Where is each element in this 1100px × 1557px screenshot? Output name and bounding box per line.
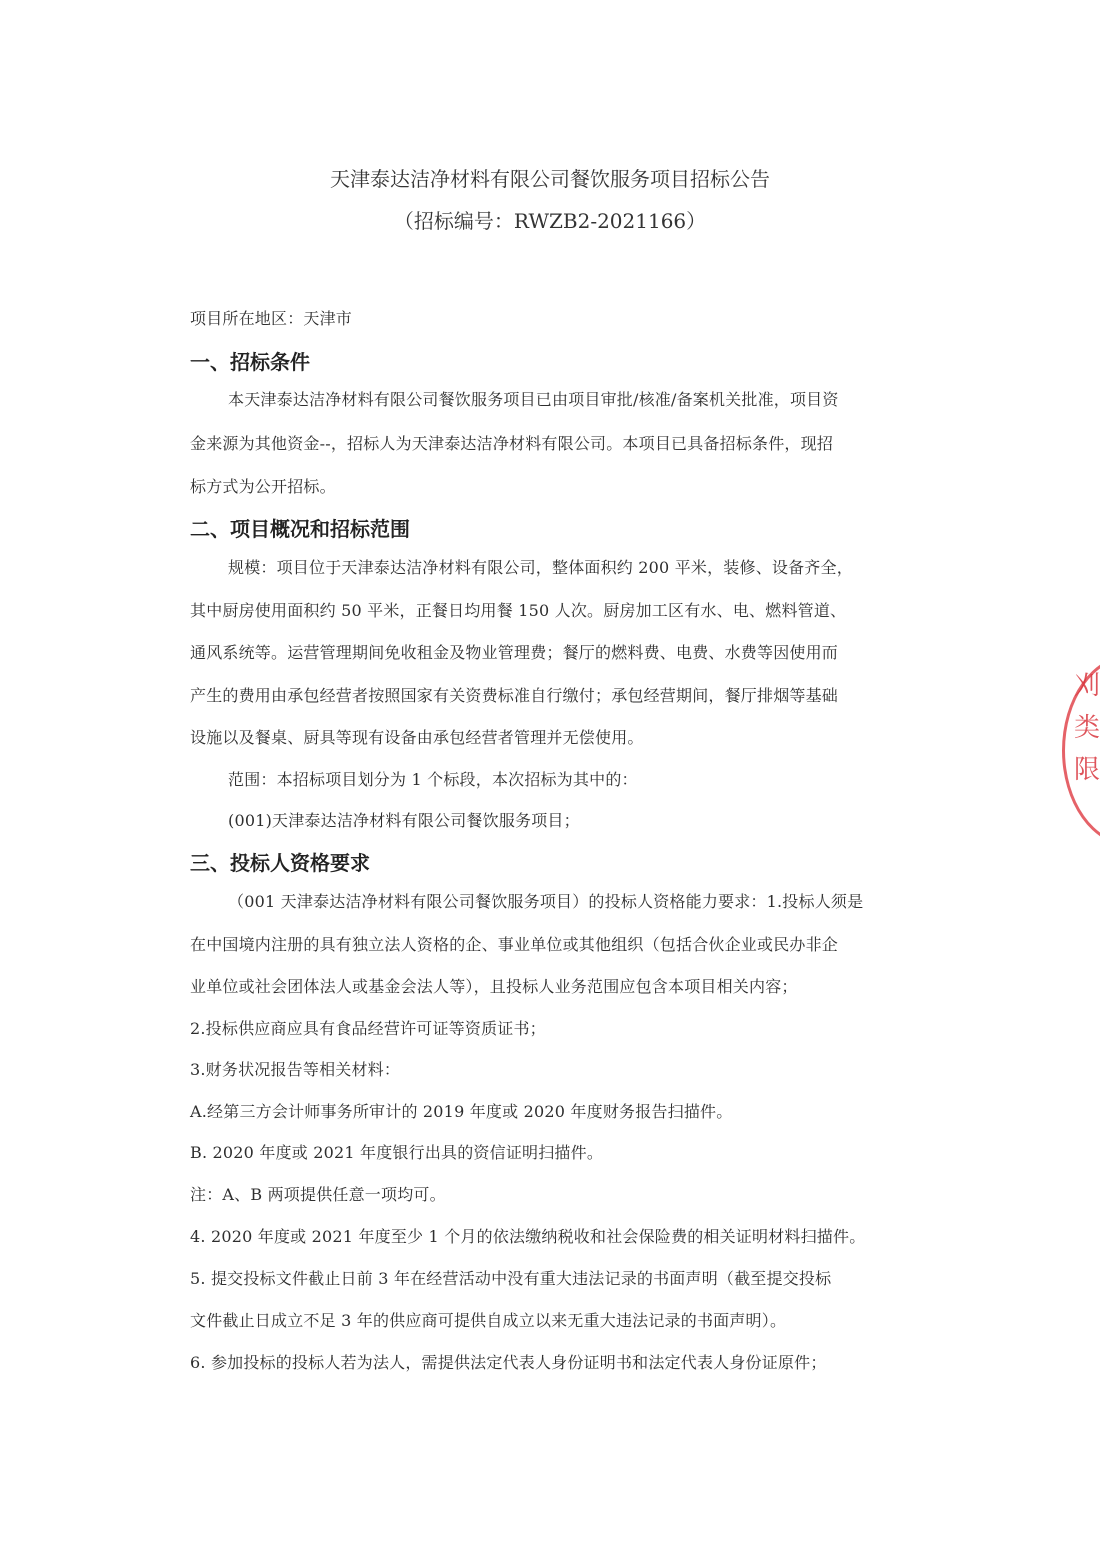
seal-char: 类 [1074, 707, 1100, 749]
section-2-line: 规模：项目位于天津泰达洁净材料有限公司，整体面积约 200 平米，装修、设备齐全… [228, 555, 983, 578]
section-2-line: 其中厨房使用面积约 50 平米，正餐日均用餐 150 人次。厨房加工区有水、电、… [190, 598, 945, 621]
document-title: 天津泰达洁净材料有限公司餐饮服务项目招标公告 [0, 163, 1100, 192]
section-1-line: 金来源为其他资金--，招标人为天津泰达洁净材料有限公司。本项目已具备招标条件，现… [190, 431, 945, 454]
section-3-line: 注：A、B 两项提供任意一项均可。 [190, 1182, 945, 1205]
tender-number: （招标编号：RWZB2-2021166） [0, 205, 1100, 234]
section-3-line: 文件截止日成立不足 3 年的供应商可提供自成立以来无重大违法记录的书面声明）。 [190, 1308, 945, 1331]
section-3-line: 6. 参加投标的投标人若为法人，需提供法定代表人身份证明书和法定代表人身份证原件… [190, 1350, 945, 1373]
section-3-line: 4. 2020 年度或 2021 年度至少 1 个月的依法缴纳税收和社会保险费的… [190, 1224, 945, 1247]
section-3-line: A.经第三方会计师事务所审计的 2019 年度或 2020 年度财务报告扫描件。 [190, 1099, 945, 1122]
section-2-line: 范围：本招标项目划分为 1 个标段，本次招标为其中的： [228, 767, 983, 790]
section-2-line: 产生的费用由承包经营者按照国家有关资费标准自行缴付；承包经营期间，餐厅排烟等基础 [190, 683, 945, 706]
section-1-line: 本天津泰达洁净材料有限公司餐饮服务项目已由项目审批/核准/备案机关批准，项目资 [228, 387, 983, 410]
section-2-line: (001)天津泰达洁净材料有限公司餐饮服务项目； [228, 808, 983, 831]
section-heading-3: 三、投标人资格要求 [190, 847, 370, 876]
section-heading-2: 二、项目概况和招标范围 [190, 513, 410, 542]
section-3-line: 3.财务状况报告等相关材料： [190, 1057, 945, 1080]
project-region: 项目所在地区：天津市 [190, 306, 945, 329]
section-3-line: （001 天津泰达洁净材料有限公司餐饮服务项目）的投标人资格能力要求：1.投标人… [228, 889, 983, 912]
section-3-line: 业单位或社会团体法人或基金会法人等），且投标人业务范围应包含本项目相关内容； [190, 974, 945, 997]
seal-char: 刈 [1074, 665, 1100, 707]
section-2-line: 设施以及餐桌、厨具等现有设备由承包经营者管理并无偿使用。 [190, 725, 945, 748]
section-heading-1: 一、招标条件 [190, 346, 310, 375]
section-3-line: 5. 提交投标文件截止日前 3 年在经营活动中没有重大违法记录的书面声明（截至提… [190, 1266, 945, 1289]
section-3-line: B. 2020 年度或 2021 年度银行出具的资信证明扫描件。 [190, 1140, 945, 1163]
section-1-line: 标方式为公开招标。 [190, 474, 945, 497]
seal-char: 限 [1074, 749, 1100, 791]
seal-text: 刈 类 限 [1074, 665, 1100, 791]
section-3-line: 2.投标供应商应具有食品经营许可证等资质证书； [190, 1016, 945, 1039]
section-3-line: 在中国境内注册的具有独立法人资格的企、事业单位或其他组织（包括合伙企业或民办非企 [190, 932, 945, 955]
section-2-line: 通风系统等。运营管理期间免收租金及物业管理费；餐厅的燃料费、电费、水费等因使用而 [190, 640, 945, 663]
